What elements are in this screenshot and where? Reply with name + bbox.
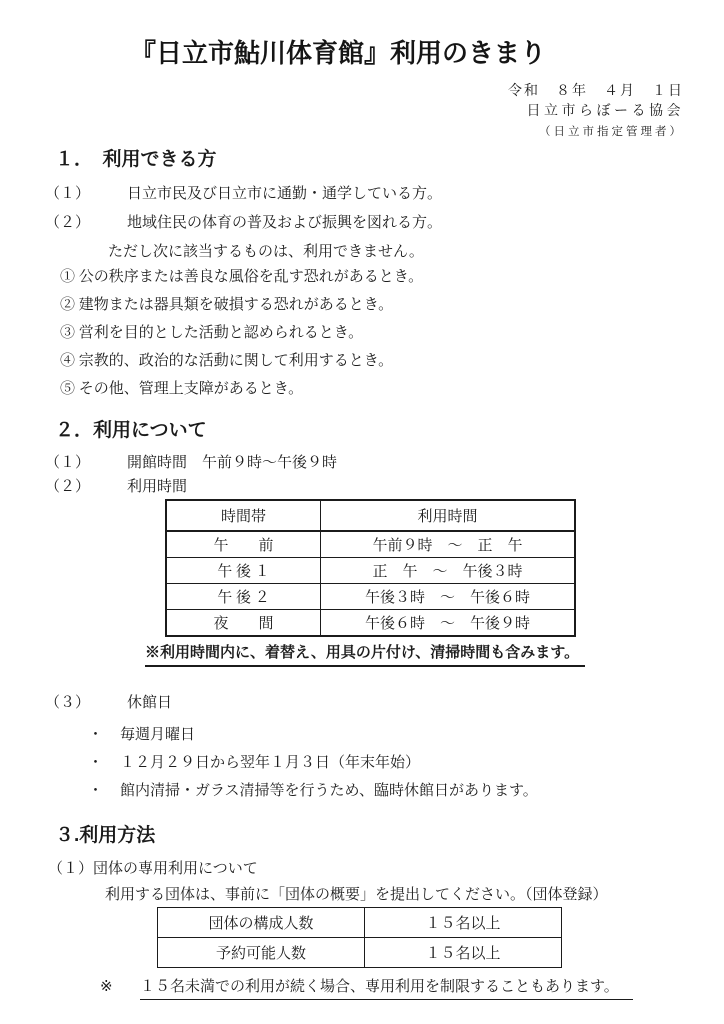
requirement-value-cell: １５名以上 <box>365 908 562 938</box>
eligible-item-2: （２） 地域住民の体育の普及および振興を図れる方。 <box>45 209 724 238</box>
time-range-cell: 午後３時 ～ 午後６時 <box>321 584 576 610</box>
eligible-item-1: （１） 日立市民及び日立市に通勤・通学している方。 <box>45 180 724 209</box>
time-range-cell: 正 午 ～ 午後３時 <box>321 558 576 584</box>
usage-time-table: 時間帯 利用時間 午 前 午前９時 ～ 正 午 午 後 １ 正 午 ～ 午後３時… <box>165 499 576 637</box>
item-label: （２） <box>45 209 127 238</box>
document-page: 『日立市鮎川体育館』利用のきまり 令和 ８年 ４月 １日 日立市らぼーる協会 （… <box>0 0 724 1024</box>
closed-day-text: 館内清掃・ガラス清掃等を行うため、臨時休館日があります。 <box>120 777 538 805</box>
group-requirements-table: 団体の構成人数 １５名以上 予約可能人数 １５名以上 <box>157 907 562 968</box>
closed-day-text: 毎週月曜日 <box>120 721 195 749</box>
section-2-heading: ２．利用について <box>55 419 724 443</box>
time-slot-cell: 午 前 <box>166 531 321 558</box>
bullet-icon: ・ <box>88 749 120 777</box>
item-label: （２） <box>45 475 127 499</box>
usage-time-title: 利用時間 <box>127 475 187 499</box>
closed-days-title: 休館日 <box>127 691 172 715</box>
closed-days-block: （３） 休館日 <box>0 691 724 715</box>
closed-days-row: （３） 休館日 <box>45 691 724 715</box>
document-title: 『日立市鮎川体育館』利用のきまり <box>130 0 724 67</box>
opening-hours-row: （１） 開館時間 午前９時～午後９時 <box>45 451 724 475</box>
group-use-note-text: １５名未満での利用が続く場合、専用利用を制限することもあります。 <box>140 976 633 1000</box>
closed-days-list: ・ 毎週月曜日 ・ １２月２９日から翌年１月３日（年末年始） ・ 館内清掃・ガラ… <box>88 721 724 805</box>
table-row: 夜 間 午後６時 ～ 午後９時 <box>166 610 575 637</box>
usage-time-note: ※利用時間内に、着替え、用具の片付け、清掃時間も含みます。 <box>145 643 724 667</box>
usage-time-row: （２） 利用時間 <box>45 475 724 499</box>
header-usage-time: 利用時間 <box>321 500 576 531</box>
group-use-note: ※ １５名未満での利用が続く場合、専用利用を制限することもあります。 <box>100 976 724 1000</box>
usage-time-note-text: ※利用時間内に、着替え、用具の片付け、清掃時間も含みます。 <box>145 643 585 667</box>
opening-hours-title: 開館時間 <box>127 451 202 475</box>
table-header-row: 時間帯 利用時間 <box>166 500 575 531</box>
issue-date: 令和 ８年 ４月 １日 <box>0 82 684 102</box>
item-label: （３） <box>45 691 127 715</box>
condition-item-5: ⑤ その他、管理上支障があるとき。 <box>60 375 724 403</box>
time-range-cell: 午前９時 ～ 正 午 <box>321 531 576 558</box>
closed-day-item-2: ・ １２月２９日から翌年１月３日（年末年始） <box>88 749 724 777</box>
section-3-heading: ３.利用方法 <box>55 823 724 849</box>
item-label: （１） <box>48 861 93 877</box>
time-range-cell: 午後６時 ～ 午後９時 <box>321 610 576 637</box>
condition-item-3: ③ 営利を目的とした活動と認められるとき。 <box>60 319 724 347</box>
time-slot-cell: 午 後 ２ <box>166 584 321 610</box>
table-row: 団体の構成人数 １５名以上 <box>158 908 562 938</box>
closed-day-text: １２月２９日から翌年１月３日（年末年始） <box>120 749 420 777</box>
condition-item-1: ① 公の秩序または善良な風俗を乱す恐れがあるとき。 <box>60 263 724 291</box>
opening-hours-value: 午前９時～午後９時 <box>202 451 337 475</box>
closed-day-item-3: ・ 館内清掃・ガラス清掃等を行うため、臨時休館日があります。 <box>88 777 724 805</box>
header-date-block: 令和 ８年 ４月 １日 日立市らぼーる協会 （日立市指定管理者） <box>0 82 724 142</box>
table-row: 予約可能人数 １５名以上 <box>158 938 562 968</box>
condition-item-2: ② 建物または器具類を破損する恐れがあるとき。 <box>60 291 724 319</box>
requirement-label-cell: 団体の構成人数 <box>158 908 365 938</box>
time-slot-cell: 夜 間 <box>166 610 321 637</box>
time-slot-cell: 午 後 １ <box>166 558 321 584</box>
organization-name: 日立市らぼーる協会 <box>0 102 684 122</box>
group-use-title: 団体の専用利用について <box>93 861 258 877</box>
group-use-row: （１）団体の専用利用について <box>48 857 724 881</box>
condition-list: ① 公の秩序または善良な風俗を乱す恐れがあるとき。 ② 建物または器具類を破損す… <box>0 263 724 403</box>
requirement-label-cell: 予約可能人数 <box>158 938 365 968</box>
section-1-heading: １． 利用できる方 <box>55 148 724 172</box>
group-use-description: 利用する団体は、事前に「団体の概要」を提出してください。（団体登録） <box>105 885 724 905</box>
table-row: 午 前 午前９時 ～ 正 午 <box>166 531 575 558</box>
condition-item-4: ④ 宗教的、政治的な活動に関して利用するとき。 <box>60 347 724 375</box>
item-label: （１） <box>45 180 127 209</box>
item-label: （１） <box>45 451 127 475</box>
note-mark: ※ <box>100 976 140 1000</box>
header-time-slot: 時間帯 <box>166 500 321 531</box>
closed-day-item-1: ・ 毎週月曜日 <box>88 721 724 749</box>
table-row: 午 後 １ 正 午 ～ 午後３時 <box>166 558 575 584</box>
bullet-icon: ・ <box>88 777 120 805</box>
item-text: 日立市民及び日立市に通勤・通学している方。 <box>127 180 442 209</box>
table-row: 午 後 ２ 午後３時 ～ 午後６時 <box>166 584 575 610</box>
organization-note: （日立市指定管理者） <box>0 122 684 142</box>
bullet-icon: ・ <box>88 721 120 749</box>
requirement-value-cell: １５名以上 <box>365 938 562 968</box>
section-2-list: （１） 開館時間 午前９時～午後９時 （２） 利用時間 <box>0 451 724 499</box>
item-text: 地域住民の体育の普及および振興を図れる方。 <box>127 209 442 238</box>
section-1-list: （１） 日立市民及び日立市に通勤・通学している方。 （２） 地域住民の体育の普及… <box>0 180 724 267</box>
